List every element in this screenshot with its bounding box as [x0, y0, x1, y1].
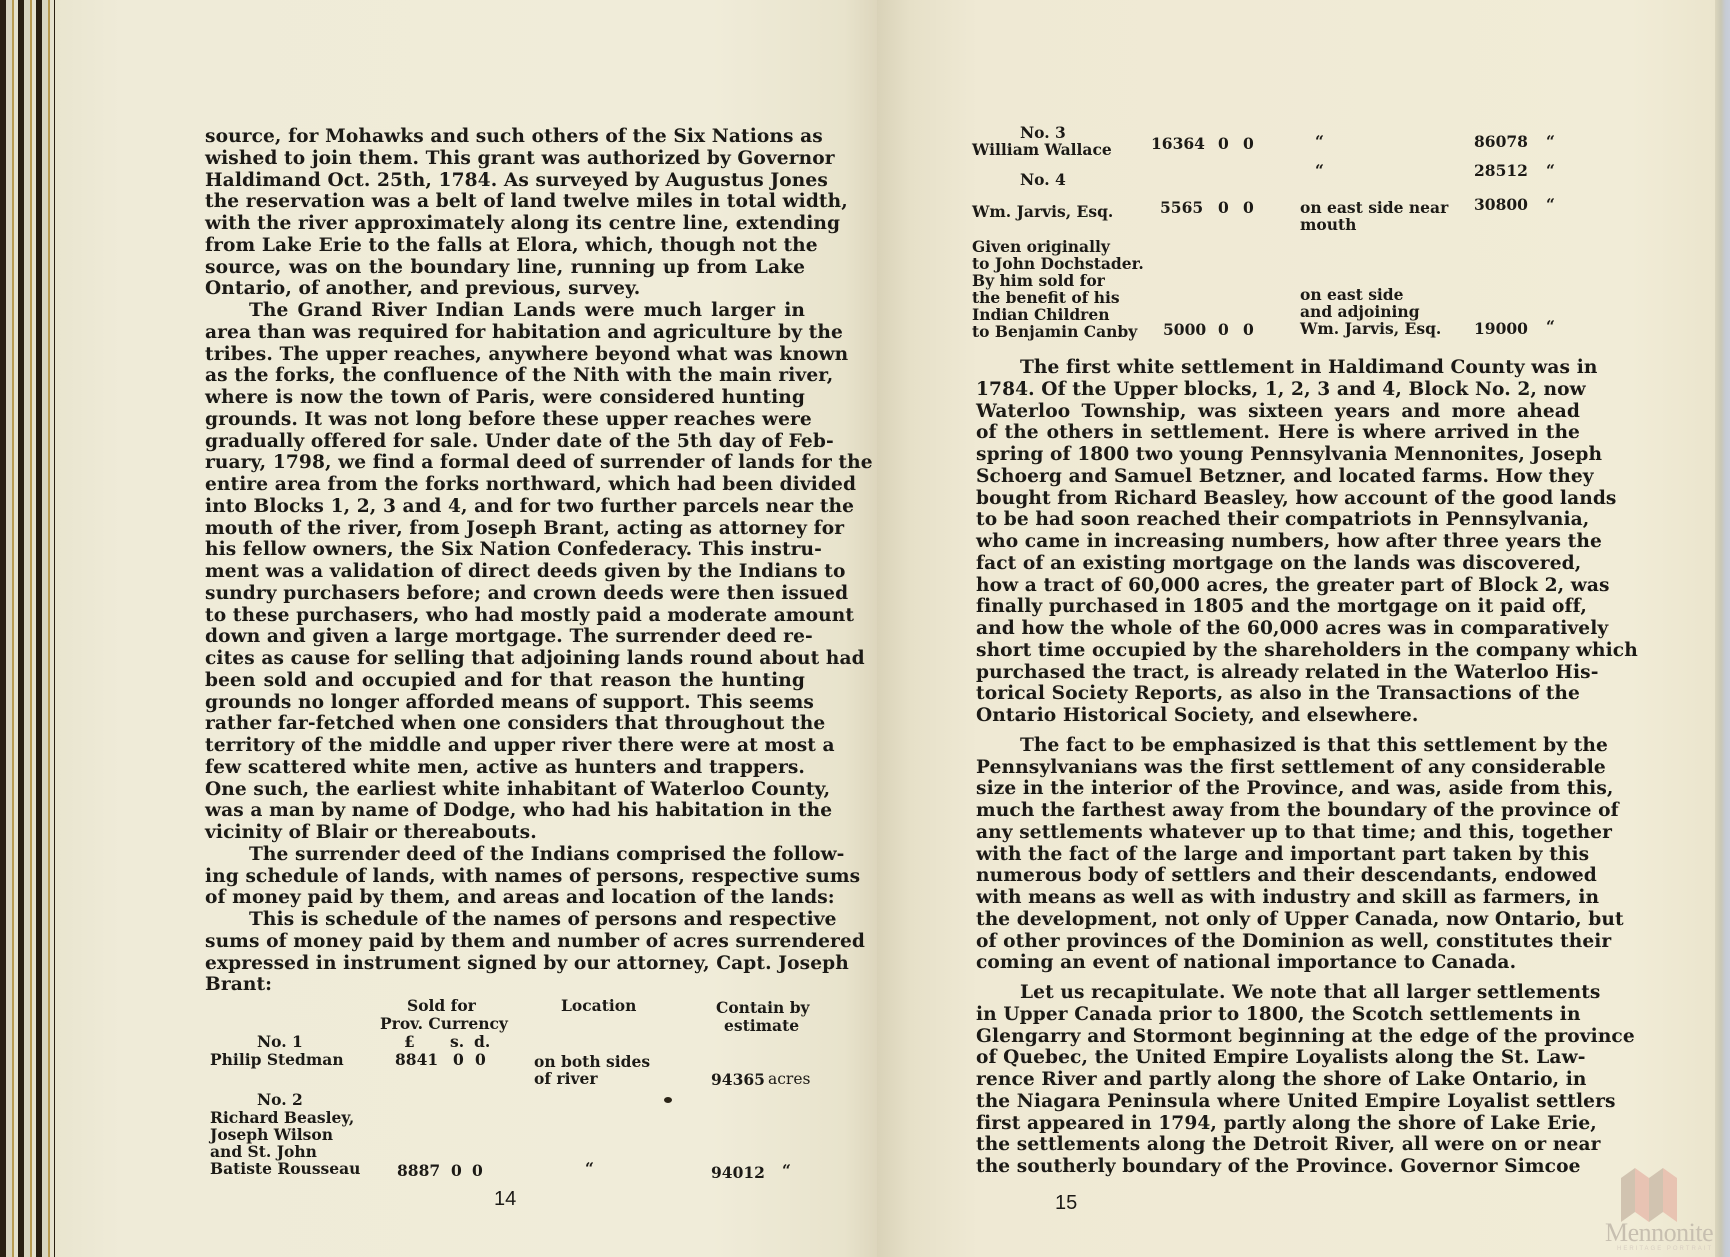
text-line: mouth of the river, from Joseph Brant, a… — [205, 518, 805, 540]
text-line: as the forks, the confluence of the Nith… — [205, 365, 805, 387]
header-sold-for: Sold for — [407, 997, 476, 1014]
location-line: on both sides — [534, 1053, 650, 1070]
right-page-body: The first white settlement in Haldimand … — [976, 357, 1580, 1178]
purchaser-name: Wm. Jarvis, Esq. — [972, 203, 1113, 220]
text-line: to these purchasers, who had mostly paid… — [205, 605, 805, 627]
text-line: bought from Richard Beasley, how account… — [976, 488, 1580, 510]
text-line: expressed in instrument signed by our at… — [205, 953, 805, 975]
text-line: much the farthest away from the boundary… — [976, 800, 1580, 822]
text-line: numerous body of settlers and their desc… — [976, 865, 1580, 887]
text-line: size in the interior of the Province, an… — [976, 778, 1580, 800]
acreage: 86078 — [1474, 133, 1528, 150]
amount-pence: 0 — [475, 1051, 486, 1068]
text-line: grounds. It was not long before these up… — [205, 409, 805, 431]
text-line: spring of 1800 two young Pennsylvania Me… — [976, 444, 1580, 466]
purchaser-name: to Benjamin Canby — [972, 323, 1137, 340]
text-line: The fact to be emphasized is that this s… — [976, 735, 1580, 757]
text-line: This is schedule of the names of persons… — [205, 909, 805, 931]
purchaser-name: Given originally — [972, 238, 1110, 255]
text-line: Ontario, of another, and previous, surve… — [205, 278, 805, 300]
acreage-ditto: “ — [1546, 318, 1555, 335]
acreage-ditto: “ — [1546, 162, 1555, 179]
text-line: few scattered white men, active as hunte… — [205, 757, 805, 779]
location-ditto: “ — [1315, 133, 1324, 150]
location-line: of river — [534, 1070, 598, 1087]
text-line: finally purchased in 1805 and the mortga… — [976, 596, 1580, 618]
amount-shillings: 0 — [453, 1051, 464, 1068]
text-line: Pennsylvanians was the first settlement … — [976, 757, 1580, 779]
location-line: Wm. Jarvis, Esq. — [1300, 320, 1441, 337]
text-line: with means as well as with industry and … — [976, 887, 1580, 909]
acreage: 19000 — [1474, 320, 1528, 337]
purchaser-name: Richard Beasley, — [210, 1109, 354, 1126]
left-page-body: source, for Mohawks and such others of t… — [205, 126, 805, 996]
amount-shillings: 0 — [1218, 199, 1229, 216]
header-prov-currency: Prov. Currency — [380, 1015, 508, 1032]
text-line: in Upper Canada prior to 1800, the Scotc… — [976, 1004, 1580, 1026]
text-line: The first white settlement in Haldimand … — [976, 357, 1580, 379]
text-line: with the fact of the large and important… — [976, 844, 1580, 866]
purchaser-name: to John Dochstader. — [972, 255, 1144, 272]
header-pence: d. — [474, 1033, 490, 1050]
acreage-ditto: “ — [1546, 196, 1555, 213]
acreage: 94365 — [711, 1071, 765, 1088]
text-line: the settlements along the Detroit River,… — [976, 1134, 1580, 1156]
text-line: his fellow owners, the Six Nation Confed… — [205, 539, 805, 561]
purchaser-name: William Wallace — [972, 141, 1112, 158]
purchaser-name: Batiste Rousseau — [210, 1160, 360, 1177]
paper-blemish — [664, 1097, 672, 1103]
scan-right-edge — [1715, 0, 1730, 1257]
location-line: on east side — [1300, 286, 1404, 303]
text-line: to be had soon reached their compatriots… — [976, 509, 1580, 531]
location-ditto: “ — [585, 1160, 594, 1177]
text-line: area than was required for habitation an… — [205, 322, 805, 344]
amount-shillings: 0 — [1218, 321, 1229, 338]
text-line: been sold and occupied and for that reas… — [205, 670, 805, 692]
amount-pounds: 16364 — [1151, 135, 1205, 152]
text-line: the southerly boundary of the Province. … — [976, 1156, 1580, 1178]
text-line: entire area from the forks northward, wh… — [205, 474, 805, 496]
purchaser-name: the benefit of his — [972, 289, 1120, 306]
lot-number: No. 3 — [1020, 124, 1066, 141]
purchaser-name: By him sold for — [972, 272, 1105, 289]
text-line: The Grand River Indian Lands were much l… — [205, 300, 805, 322]
text-line: 1784. Of the Upper blocks, 1, 2, 3 and 4… — [976, 379, 1580, 401]
text-line: rence River and partly along the shore o… — [976, 1069, 1580, 1091]
text-line: ment was a validation of direct deeds gi… — [205, 561, 805, 583]
text-line: fact of an existing mortgage on the land… — [976, 553, 1580, 575]
text-line: wished to join them. This grant was auth… — [205, 148, 805, 170]
book-page-edges — [0, 0, 58, 1257]
amount-shillings: 0 — [451, 1162, 462, 1179]
text-line: rather far-fetched when one considers th… — [205, 713, 805, 735]
amount-pence: 0 — [1243, 135, 1254, 152]
acreage-unit: acres — [768, 1071, 810, 1088]
text-line: ruary, 1798, we find a formal deed of su… — [205, 452, 805, 474]
amount-pounds: 5000 — [1163, 321, 1206, 338]
location-line: and adjoining — [1300, 303, 1420, 320]
text-line: how a tract of 60,000 acres, the greater… — [976, 575, 1580, 597]
location-ditto: “ — [1315, 162, 1324, 179]
page-number-left: 14 — [494, 1188, 516, 1211]
header-location: Location — [561, 997, 636, 1014]
text-line: with the river approximately along its c… — [205, 213, 805, 235]
lot-number: No. 2 — [257, 1091, 303, 1108]
purchaser-name: Indian Children — [972, 306, 1109, 323]
text-line: One such, the earliest white inhabitant … — [205, 779, 805, 801]
text-line: territory of the middle and upper river … — [205, 735, 805, 757]
amount-shillings: 0 — [1218, 135, 1229, 152]
acreage: 28512 — [1474, 162, 1528, 179]
purchaser-name: and St. John — [210, 1143, 317, 1160]
location-line: mouth — [1300, 216, 1356, 233]
text-line: ing schedule of lands, with names of per… — [205, 866, 805, 888]
text-line: any settlements whatever up to that time… — [976, 822, 1580, 844]
text-line: from Lake Erie to the falls at Elora, wh… — [205, 235, 805, 257]
purchaser-name: Joseph Wilson — [210, 1126, 333, 1143]
text-line: short time occupied by the shareholders … — [976, 640, 1580, 662]
text-line: the Niagara Peninsula where United Empir… — [976, 1091, 1580, 1113]
text-line: of Quebec, the United Empire Loyalists a… — [976, 1047, 1580, 1069]
amount-pounds: 8841 — [395, 1051, 438, 1068]
text-line: into Blocks 1, 2, 3 and 4, and for two f… — [205, 496, 805, 518]
text-line: Let us recapitulate. We note that all la… — [976, 982, 1580, 1004]
amount-pence: 0 — [1243, 321, 1254, 338]
text-line: gradually offered for sale. Under date o… — [205, 431, 805, 453]
text-line: of the others in settlement. Here is whe… — [976, 422, 1580, 444]
text-line: source, for Mohawks and such others of t… — [205, 126, 805, 148]
text-line: torical Society Reports, as also in the … — [976, 683, 1580, 705]
watermark-title: Mennonite — [1605, 1218, 1713, 1248]
text-line: Brant: — [205, 974, 805, 996]
amount-pence: 0 — [1243, 199, 1254, 216]
text-line: source, was on the boundary line, runnin… — [205, 257, 805, 279]
text-line: vicinity of Blair or thereabouts. — [205, 822, 805, 844]
text-line: grounds no longer afforded means of supp… — [205, 692, 805, 714]
text-line: Glengarry and Stormont beginning at the … — [976, 1026, 1580, 1048]
header-pounds: £ — [404, 1033, 415, 1050]
text-line: of other provinces of the Dominion as we… — [976, 931, 1580, 953]
lot-number: No. 4 — [1020, 171, 1066, 188]
acreage-ditto: “ — [1546, 133, 1555, 150]
text-line: the development, not only of Upper Canad… — [976, 909, 1580, 931]
text-line: sums of money paid by them and number of… — [205, 931, 805, 953]
text-line: was a man by name of Dodge, who had his … — [205, 800, 805, 822]
lot-number: No. 1 — [257, 1033, 303, 1050]
page-number-right: 15 — [1055, 1192, 1077, 1215]
acreage-ditto: “ — [782, 1162, 791, 1179]
text-line: Waterloo Township, was sixteen years and… — [976, 401, 1580, 423]
text-line: of money paid by them, and areas and loc… — [205, 887, 805, 909]
amount-pounds: 8887 — [397, 1162, 440, 1179]
text-line: first appeared in 1794, partly along the… — [976, 1113, 1580, 1135]
location-line: on east side near — [1300, 199, 1448, 216]
text-line: where is now the town of Paris, were con… — [205, 387, 805, 409]
header-contain-by: Contain by — [716, 999, 810, 1016]
text-line: Haldimand Oct. 25th, 1784. As surveyed b… — [205, 170, 805, 192]
text-line: cites as cause for selling that adjoinin… — [205, 648, 805, 670]
text-line: purchased the tract, is already related … — [976, 662, 1580, 684]
acreage: 30800 — [1474, 196, 1528, 213]
watermark-subtitle: HERITAGE PORTRAIT — [1617, 1246, 1713, 1252]
text-line: who came in increasing numbers, how afte… — [976, 531, 1580, 553]
text-line: Schoerg and Samuel Betzner, and located … — [976, 466, 1580, 488]
text-line: coming an event of national importance t… — [976, 952, 1580, 974]
acreage: 94012 — [711, 1164, 765, 1181]
text-line: down and given a large mortgage. The sur… — [205, 626, 805, 648]
header-shillings: s. — [450, 1033, 464, 1050]
text-line: The surrender deed of the Indians compri… — [205, 844, 805, 866]
amount-pence: 0 — [472, 1162, 483, 1179]
text-line: Ontario Historical Society, and elsewher… — [976, 705, 1580, 727]
purchaser-name: Philip Stedman — [210, 1051, 344, 1068]
text-line: and how the whole of the 60,000 acres wa… — [976, 618, 1580, 640]
header-estimate: estimate — [724, 1017, 799, 1034]
amount-pounds: 5565 — [1160, 199, 1203, 216]
text-line: the reservation was a belt of land twelv… — [205, 191, 805, 213]
text-line: sundry purchasers before; and crown deed… — [205, 583, 805, 605]
text-line: tribes. The upper reaches, anywhere beyo… — [205, 344, 805, 366]
